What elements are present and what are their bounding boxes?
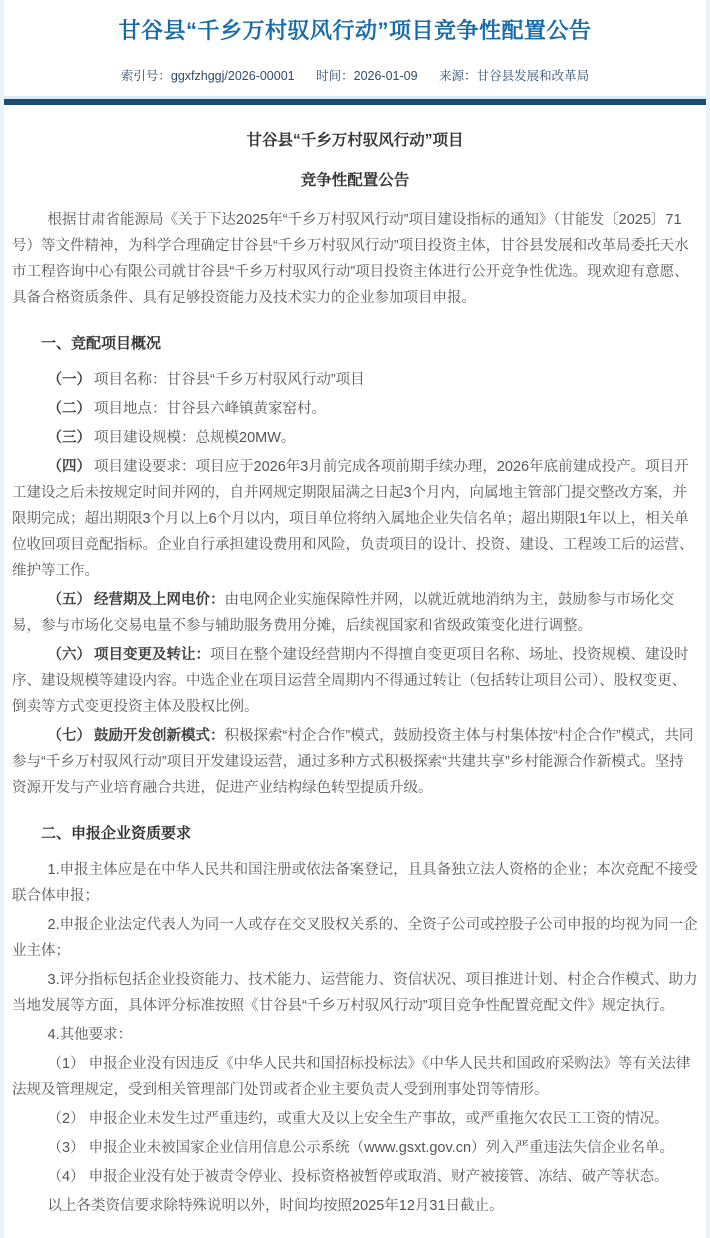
item-text: 项目建设规模：总规模20MW。 — [94, 430, 295, 446]
meta-index-value: ggxfzhggj/2026-00001 — [171, 69, 295, 83]
item-text: 项目地点：甘谷县六峰镇黄家窑村。 — [94, 401, 326, 417]
item-text: （4） 申报企业没有处于被责令停业、投标资格被暂停或取消、财产被接管、冻结、破产… — [48, 1169, 669, 1185]
item-marker: （七） — [48, 728, 92, 744]
announcement-page: { "page": { "title": "甘谷县“千乡万村驭风行动”项目竞争性… — [0, 0, 710, 1238]
article-body: 一、竞配项目概况（一）项目名称：甘谷县“千乡万村驭风行动”项目（二）项目地点：甘… — [12, 333, 698, 1219]
meta-bar: 索引号：ggxfzhggj/2026-00001 时间：2026-01-09 来… — [4, 66, 706, 96]
item-text: 以上各类资信要求除特殊说明以外，时间均按照2025年12月31日截止。 — [48, 1198, 504, 1214]
paragraph: 2.申报企业法定代表人为同一人或存在交叉股权关系的、全资子公司或控股子公司申报的… — [12, 912, 698, 964]
paragraph: （3） 申报企业未被国家企业信用信息公示系统（www.gsxt.gov.cn）列… — [12, 1135, 698, 1161]
item-label: 项目变更及转让： — [94, 647, 210, 663]
paragraph: （五）经营期及上网电价：由电网企业实施保障性并网，以就近就地消纳为主，鼓励参与市… — [12, 587, 698, 639]
meta-index: 索引号：ggxfzhggj/2026-00001 — [121, 69, 295, 83]
item-marker: （三） — [48, 430, 92, 446]
meta-source: 来源：甘谷县发展和改革局 — [439, 69, 589, 83]
paragraph: （四）项目建设要求：项目应于2026年3月前完成各项前期手续办理，2026年底前… — [12, 454, 698, 584]
meta-time-label: 时间： — [316, 69, 354, 83]
meta-time-value: 2026-01-09 — [354, 69, 418, 83]
paragraph: （三）项目建设规模：总规模20MW。 — [12, 425, 698, 451]
item-text: 4.其他要求： — [48, 1027, 133, 1043]
article: 甘谷县“千乡万村驭风行动”项目 竞争性配置公告 根据甘肃省能源局《关于下达202… — [4, 105, 706, 1238]
item-text: 3.评分指标包括企业投资能力、技术能力、运营能力、资信状况、项目推进计划、村企合… — [12, 972, 698, 1014]
paragraph: （二）项目地点：甘谷县六峰镇黄家窑村。 — [12, 396, 698, 422]
page-title: 甘谷县“千乡万村驭风行动”项目竞争性配置公告 — [4, 0, 706, 46]
meta-time: 时间：2026-01-09 — [316, 69, 417, 83]
item-text: （3） 申报企业未被国家企业信用信息公示系统（www.gsxt.gov.cn）列… — [48, 1140, 675, 1156]
item-label: 经营期及上网电价： — [94, 592, 225, 608]
article-title-line1: 甘谷县“千乡万村驭风行动”项目 — [12, 131, 698, 151]
paragraph: （1） 申报企业没有因违反《中华人民共和国招标投标法》《中华人民共和国政府采购法… — [12, 1051, 698, 1103]
item-text: 1.申报主体应是在中华人民共和国注册或依法备案登记，且具备独立法人资格的企业；本… — [12, 862, 698, 904]
item-label: 鼓励开发创新模式： — [94, 728, 225, 744]
page-header: 甘谷县“千乡万村驭风行动”项目竞争性配置公告 索引号：ggxfzhggj/202… — [4, 0, 706, 105]
item-text: （1） 申报企业没有因违反《中华人民共和国招标投标法》《中华人民共和国政府采购法… — [12, 1056, 690, 1098]
item-marker: （二） — [48, 401, 92, 417]
meta-source-value: 甘谷县发展和改革局 — [477, 69, 590, 83]
item-marker: （五） — [48, 592, 92, 608]
paragraph: 4.其他要求： — [12, 1022, 698, 1048]
item-text: 项目建设要求：项目应于2026年3月前完成各项前期手续办理，2026年底前建成投… — [12, 459, 694, 579]
content-wrapper: 甘谷县“千乡万村驭风行动”项目竞争性配置公告 索引号：ggxfzhggj/202… — [4, 0, 706, 1238]
section-heading: 二、申报企业资质要求 — [12, 823, 698, 845]
item-text: （2） 申报企业未发生过严重违约，或重大及以上安全生产事故，或严重拖欠农民工工资… — [48, 1111, 669, 1127]
item-marker: （四） — [48, 459, 92, 475]
item-text: 2.申报企业法定代表人为同一人或存在交叉股权关系的、全资子公司或控股子公司申报的… — [12, 917, 698, 959]
meta-index-label: 索引号： — [121, 69, 171, 83]
intro-paragraph: 根据甘肃省能源局《关于下达2025年“千乡万村驭风行动”项目建设指标的通知》（甘… — [12, 207, 698, 311]
paragraph: （七）鼓励开发创新模式：积极探索“村企合作”模式，鼓励投资主体与村集体按“村企合… — [12, 723, 698, 801]
item-marker: （六） — [48, 647, 92, 663]
item-text: 项目名称：甘谷县“千乡万村驭风行动”项目 — [94, 372, 365, 388]
paragraph: 3.评分指标包括企业投资能力、技术能力、运营能力、资信状况、项目推进计划、村企合… — [12, 967, 698, 1019]
paragraph: （2） 申报企业未发生过严重违约，或重大及以上安全生产事故，或严重拖欠农民工工资… — [12, 1106, 698, 1132]
article-title-line2: 竞争性配置公告 — [12, 171, 698, 191]
paragraph: （4） 申报企业没有处于被责令停业、投标资格被暂停或取消、财产被接管、冻结、破产… — [12, 1164, 698, 1190]
section-heading: 一、竞配项目概况 — [12, 333, 698, 355]
paragraph: （六）项目变更及转让：项目在整个建设经营期内不得擅自变更项目名称、场址、投资规模… — [12, 642, 698, 720]
item-marker: （一） — [48, 372, 92, 388]
meta-source-label: 来源： — [439, 69, 477, 83]
paragraph: 以上各类资信要求除特殊说明以外，时间均按照2025年12月31日截止。 — [12, 1193, 698, 1219]
paragraph: （一）项目名称：甘谷县“千乡万村驭风行动”项目 — [12, 367, 698, 393]
paragraph: 1.申报主体应是在中华人民共和国注册或依法备案登记，且具备独立法人资格的企业；本… — [12, 857, 698, 909]
